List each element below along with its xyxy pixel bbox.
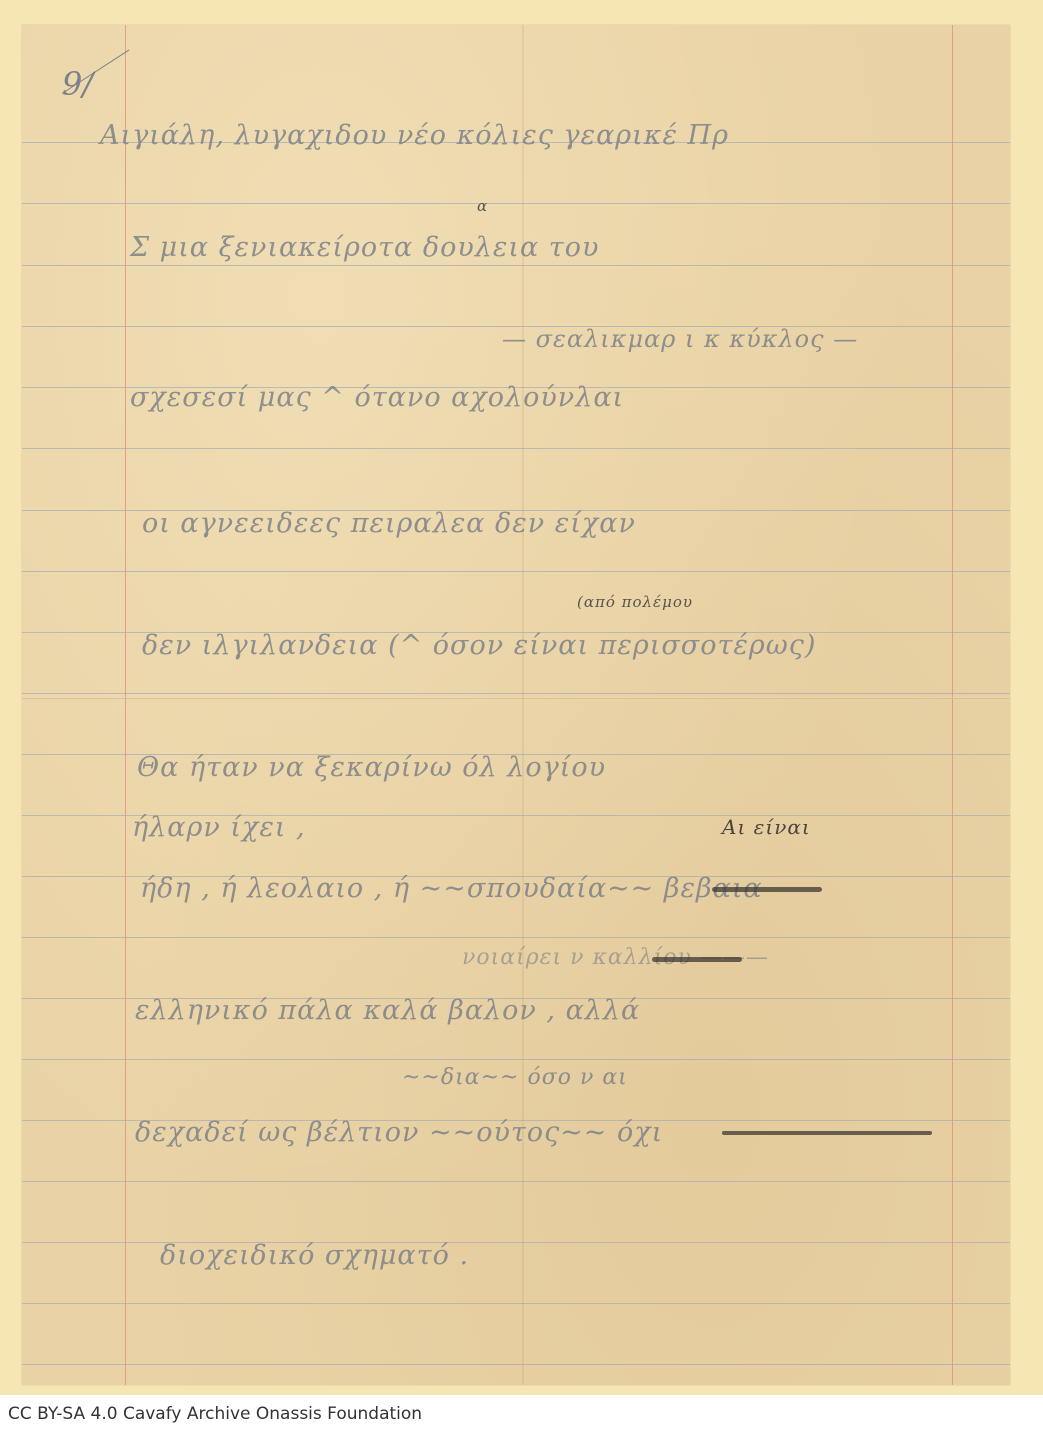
license-credit: CC BY-SA 4.0 Cavafy Archive Onassis Foun… xyxy=(8,1404,422,1424)
manuscript-line-9: ήδη , ή λεολαιο , ή ~~σπουδαία~~ βεβαια xyxy=(140,873,763,904)
vertical-fold-crease xyxy=(522,25,524,1385)
rule-line xyxy=(22,1059,1010,1060)
left-margin-line xyxy=(125,25,126,1385)
manuscript-line-13: δεχαδεί ως βέλτιον ~~ούτος~~ όχι xyxy=(135,1117,663,1148)
manuscript-line-14: διοχειδικό σχηματό . xyxy=(160,1240,469,1271)
manuscript-line-1: Αιγιάλη, λυγαχιδου νέο κόλιες γεαρικέ Πρ xyxy=(100,120,729,151)
manuscript-sheet: 9/ Αιγιάλη, λυγαχιδου νέο κόλιες γεαρικέ… xyxy=(22,25,1010,1385)
manuscript-line-8: ήλαρν ίχει , xyxy=(132,812,306,843)
fold-crease xyxy=(22,697,1010,700)
manuscript-line-6: δεν ιλγιλανδεια (^ όσον είναι περισσοτέρ… xyxy=(142,630,816,661)
rule-line xyxy=(22,937,1010,938)
rule-line xyxy=(22,1364,1010,1365)
right-margin-line xyxy=(952,25,953,1385)
rule-line xyxy=(22,693,1010,694)
rule-line xyxy=(22,265,1010,266)
manuscript-line-7: Θα ήταν να ξεκαρίνω όλ λογίου xyxy=(137,752,606,783)
strikethrough-mark xyxy=(652,957,742,962)
manuscript-line-3-interlinear: — σεαλικμαρ ι κ κύκλος — xyxy=(502,325,858,353)
line-8-insertion: Αι είναι xyxy=(722,815,811,839)
rule-line xyxy=(22,1303,1010,1304)
page-number-marker: 9/ xyxy=(62,65,93,103)
manuscript-line-4: σχεσεσί μας ^ ότανο αχολούνλαι xyxy=(130,382,624,413)
manuscript-line-5: οι αγνεειδεες πειραλεα δεν είχαν xyxy=(142,508,636,539)
rule-line xyxy=(22,571,1010,572)
manuscript-line-11: ελληνικό πάλα καλά βαλον , αλλά xyxy=(135,995,640,1026)
manuscript-line-2: Σ μια ξενιακείροτα δουλεια του xyxy=(130,232,599,263)
strikethrough-mark xyxy=(722,1131,932,1135)
rule-line xyxy=(22,203,1010,204)
manuscript-line-12-interlinear: ~~δια~~ όσο ν αι xyxy=(402,1065,628,1090)
line-6-insertion: (από πολέμου xyxy=(577,593,693,611)
rule-line xyxy=(22,448,1010,449)
strikethrough-mark xyxy=(712,887,822,892)
line-2-insertion: α xyxy=(477,197,488,215)
rule-line xyxy=(22,1181,1010,1182)
